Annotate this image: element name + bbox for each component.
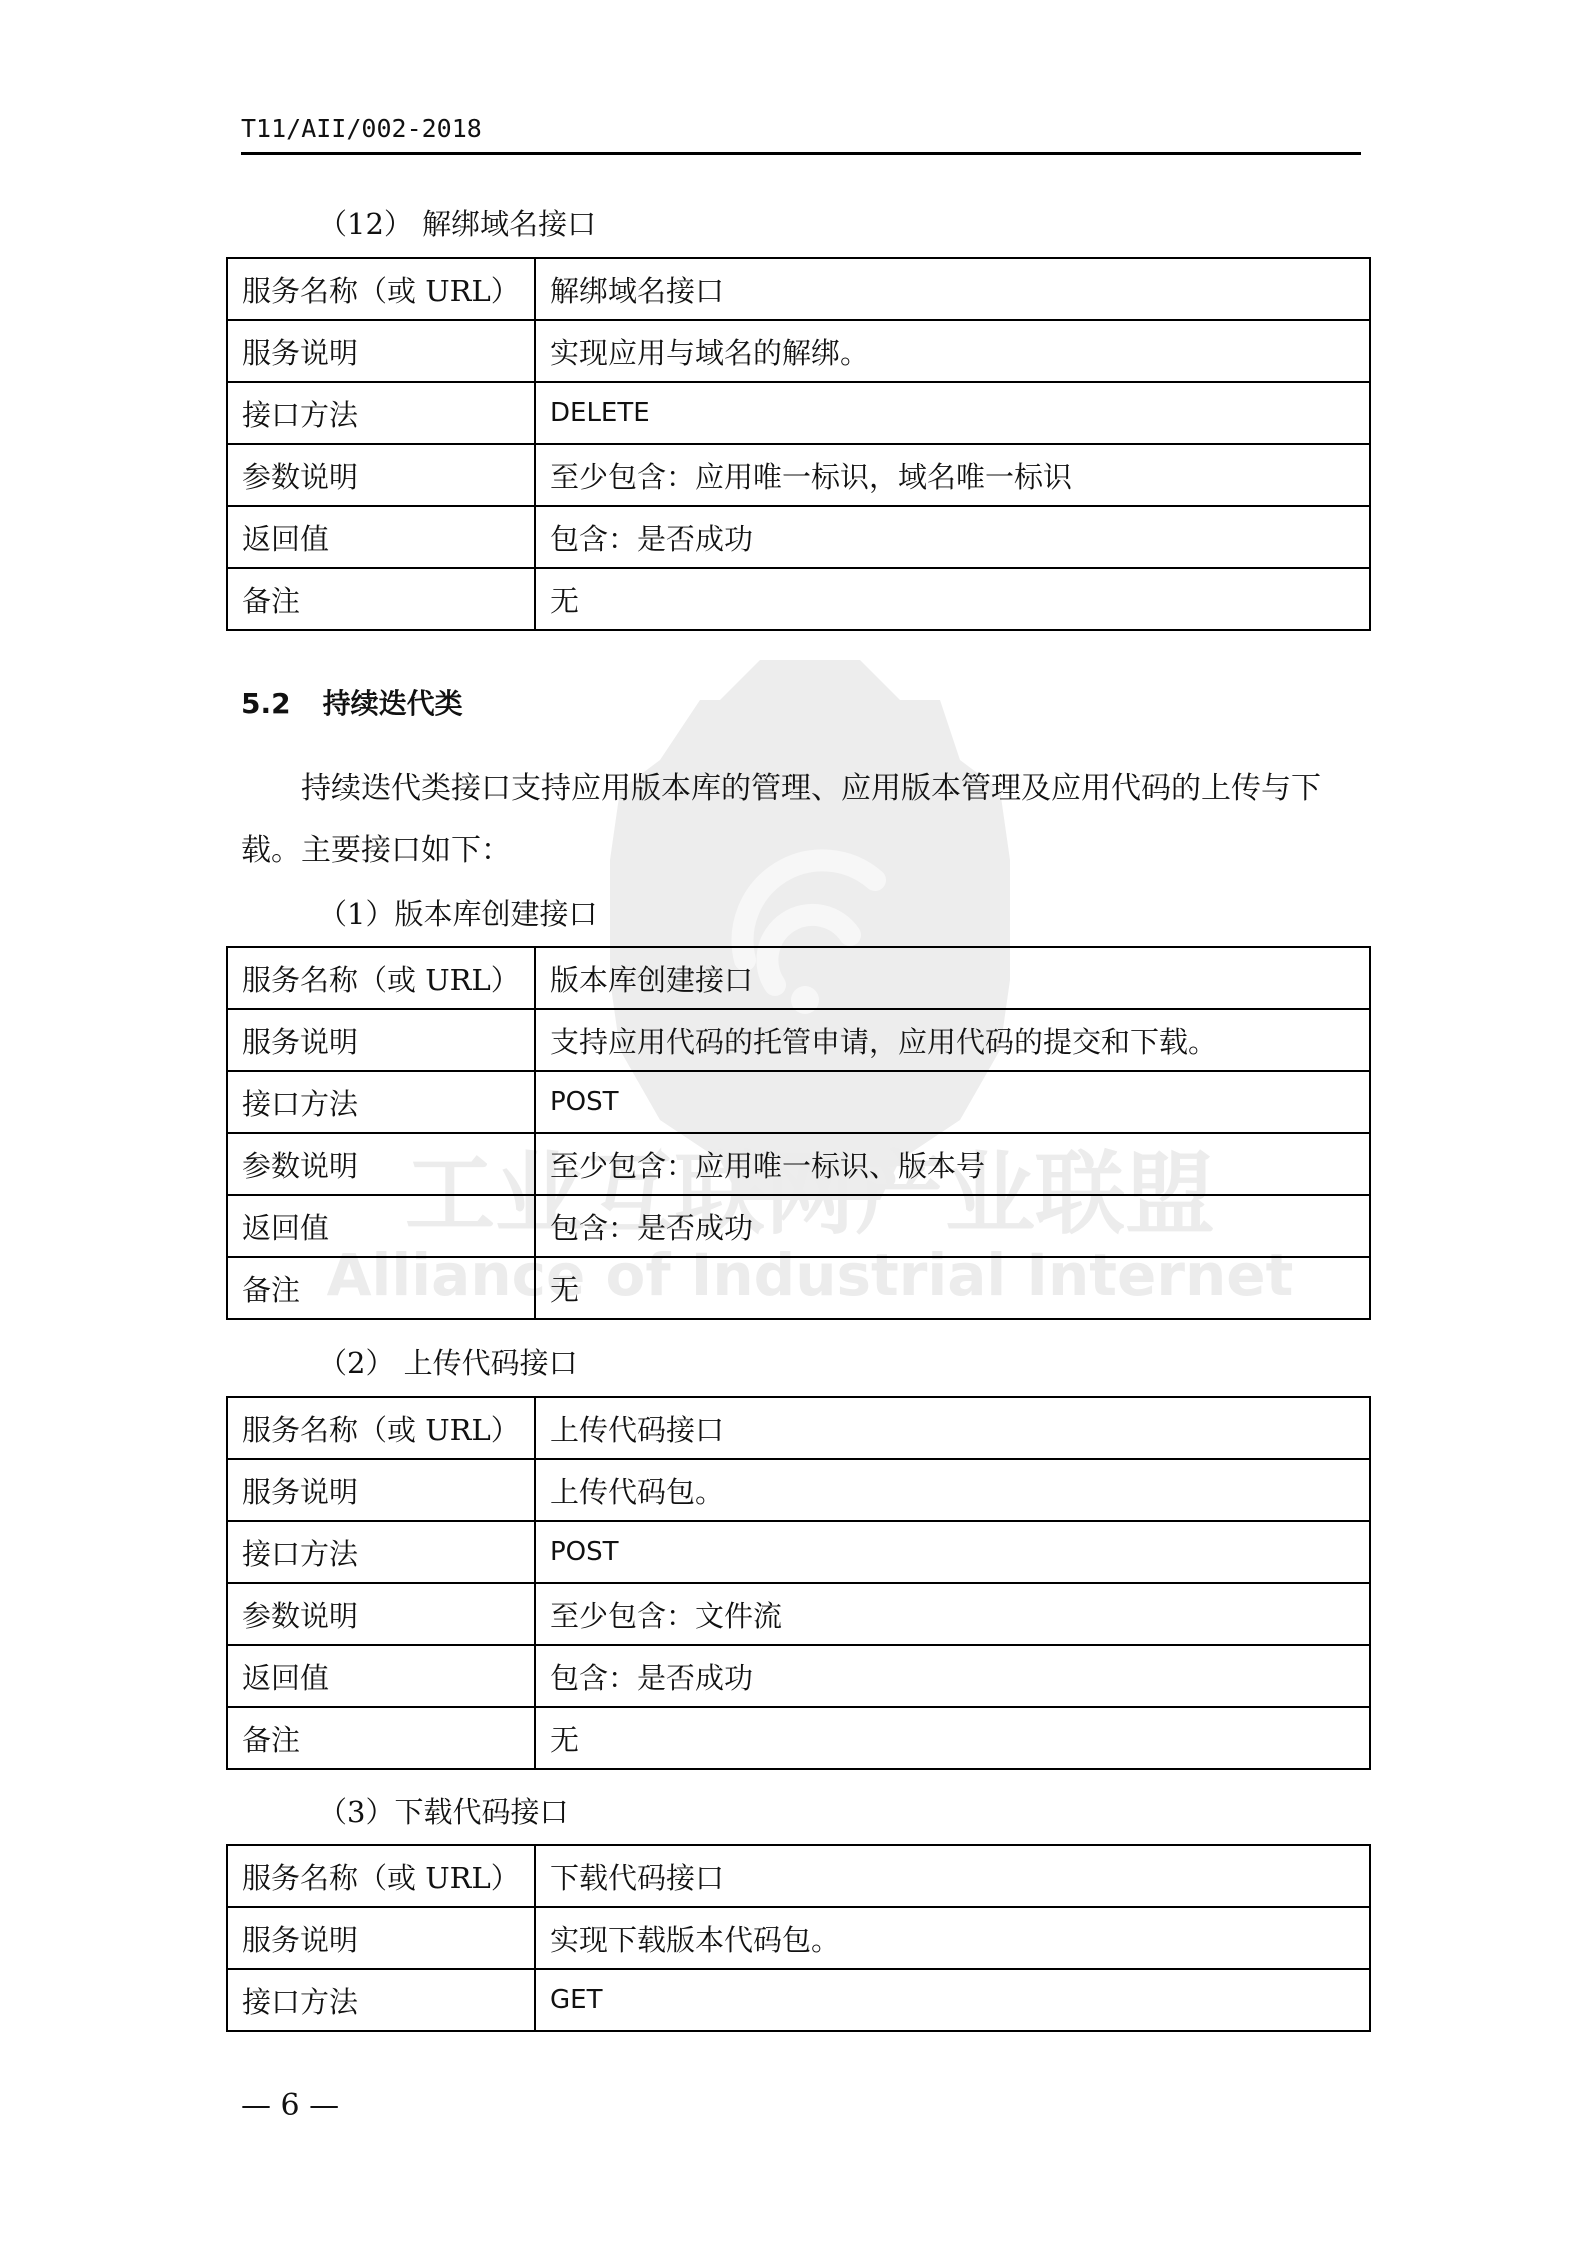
table-caption: （12） 解绑域名接口 xyxy=(318,204,596,244)
table-row: 服务说明上传代码包。 xyxy=(227,1459,1370,1521)
spec-table-upload-code: 服务名称（或 URL）上传代码接口 服务说明上传代码包。 接口方法POST 参数… xyxy=(226,1396,1371,1770)
row-value: 实现应用与域名的解绑。 xyxy=(535,320,1370,382)
row-value: POST xyxy=(535,1071,1370,1133)
table-row: 服务说明实现应用与域名的解绑。 xyxy=(227,320,1370,382)
row-key: 参数说明 xyxy=(227,1133,535,1195)
row-value: 下载代码接口 xyxy=(535,1845,1370,1907)
table-row: 参数说明至少包含：应用唯一标识，域名唯一标识 xyxy=(227,444,1370,506)
table-row: 服务名称（或 URL）下载代码接口 xyxy=(227,1845,1370,1907)
table-row: 服务说明实现下载版本代码包。 xyxy=(227,1907,1370,1969)
row-key: 返回值 xyxy=(227,1195,535,1257)
section-heading: 5.2持续迭代类 xyxy=(241,682,463,722)
table-row: 返回值包含：是否成功 xyxy=(227,1195,1370,1257)
row-value: 版本库创建接口 xyxy=(535,947,1370,1009)
row-value: GET xyxy=(535,1969,1370,2031)
table-row: 参数说明至少包含：文件流 xyxy=(227,1583,1370,1645)
table-row: 接口方法GET xyxy=(227,1969,1370,2031)
table-caption: （1）版本库创建接口 xyxy=(318,894,597,934)
row-value: DELETE xyxy=(535,382,1370,444)
table-row: 服务名称（或 URL）解绑域名接口 xyxy=(227,258,1370,320)
row-key: 服务名称（或 URL） xyxy=(227,1845,535,1907)
row-value: 无 xyxy=(535,1257,1370,1319)
row-key: 参数说明 xyxy=(227,1583,535,1645)
row-key: 服务说明 xyxy=(227,1907,535,1969)
row-value: 包含：是否成功 xyxy=(535,1195,1370,1257)
row-key: 备注 xyxy=(227,1707,535,1769)
row-key: 接口方法 xyxy=(227,1969,535,2031)
row-key: 服务名称（或 URL） xyxy=(227,258,535,320)
table-caption: （2） 上传代码接口 xyxy=(318,1343,578,1383)
section-title: 持续迭代类 xyxy=(323,687,463,720)
row-value: 实现下载版本代码包。 xyxy=(535,1907,1370,1969)
row-key: 备注 xyxy=(227,568,535,630)
row-key: 服务说明 xyxy=(227,320,535,382)
spec-table-unbind-domain: 服务名称（或 URL）解绑域名接口 服务说明实现应用与域名的解绑。 接口方法DE… xyxy=(226,257,1371,631)
row-value: 解绑域名接口 xyxy=(535,258,1370,320)
row-key: 备注 xyxy=(227,1257,535,1319)
table-row: 接口方法POST xyxy=(227,1071,1370,1133)
row-value: 至少包含：应用唯一标识、版本号 xyxy=(535,1133,1370,1195)
row-key: 返回值 xyxy=(227,506,535,568)
page-number: — 6 — xyxy=(241,2088,339,2123)
row-key: 服务名称（或 URL） xyxy=(227,1397,535,1459)
table-row: 服务名称（或 URL）版本库创建接口 xyxy=(227,947,1370,1009)
table-row: 参数说明至少包含：应用唯一标识、版本号 xyxy=(227,1133,1370,1195)
spec-table-repo-create: 服务名称（或 URL）版本库创建接口 服务说明支持应用代码的托管申请，应用代码的… xyxy=(226,946,1371,1320)
row-value: POST xyxy=(535,1521,1370,1583)
row-key: 服务说明 xyxy=(227,1009,535,1071)
document-code: T11/AII/002-2018 xyxy=(241,114,482,143)
row-key: 服务说明 xyxy=(227,1459,535,1521)
table-row: 备注无 xyxy=(227,568,1370,630)
row-value: 至少包含：文件流 xyxy=(535,1583,1370,1645)
row-value: 无 xyxy=(535,1707,1370,1769)
table-row: 备注无 xyxy=(227,1707,1370,1769)
row-key: 参数说明 xyxy=(227,444,535,506)
row-key: 服务名称（或 URL） xyxy=(227,947,535,1009)
row-value: 包含：是否成功 xyxy=(535,506,1370,568)
section-number: 5.2 xyxy=(241,687,291,720)
table-row: 备注无 xyxy=(227,1257,1370,1319)
header-rule xyxy=(241,152,1361,155)
row-value: 至少包含：应用唯一标识，域名唯一标识 xyxy=(535,444,1370,506)
table-row: 接口方法POST xyxy=(227,1521,1370,1583)
table-row: 服务说明支持应用代码的托管申请，应用代码的提交和下载。 xyxy=(227,1009,1370,1071)
table-caption: （3）下载代码接口 xyxy=(318,1792,568,1832)
row-value: 上传代码接口 xyxy=(535,1397,1370,1459)
row-key: 接口方法 xyxy=(227,382,535,444)
row-value: 无 xyxy=(535,568,1370,630)
section-paragraph: 持续迭代类接口支持应用版本库的管理、应用版本管理及应用代码的上传与下载。主要接口… xyxy=(241,758,1366,882)
spec-table-download-code: 服务名称（或 URL）下载代码接口 服务说明实现下载版本代码包。 接口方法GET xyxy=(226,1844,1371,2032)
table-row: 返回值包含：是否成功 xyxy=(227,506,1370,568)
row-value: 包含：是否成功 xyxy=(535,1645,1370,1707)
row-value: 上传代码包。 xyxy=(535,1459,1370,1521)
row-value: 支持应用代码的托管申请，应用代码的提交和下载。 xyxy=(535,1009,1370,1071)
row-key: 接口方法 xyxy=(227,1521,535,1583)
row-key: 返回值 xyxy=(227,1645,535,1707)
table-row: 服务名称（或 URL）上传代码接口 xyxy=(227,1397,1370,1459)
table-row: 接口方法DELETE xyxy=(227,382,1370,444)
paragraph-text: 持续迭代类接口支持应用版本库的管理、应用版本管理及应用代码的上传与下载。主要接口… xyxy=(241,771,1321,868)
row-key: 接口方法 xyxy=(227,1071,535,1133)
table-row: 返回值包含：是否成功 xyxy=(227,1645,1370,1707)
